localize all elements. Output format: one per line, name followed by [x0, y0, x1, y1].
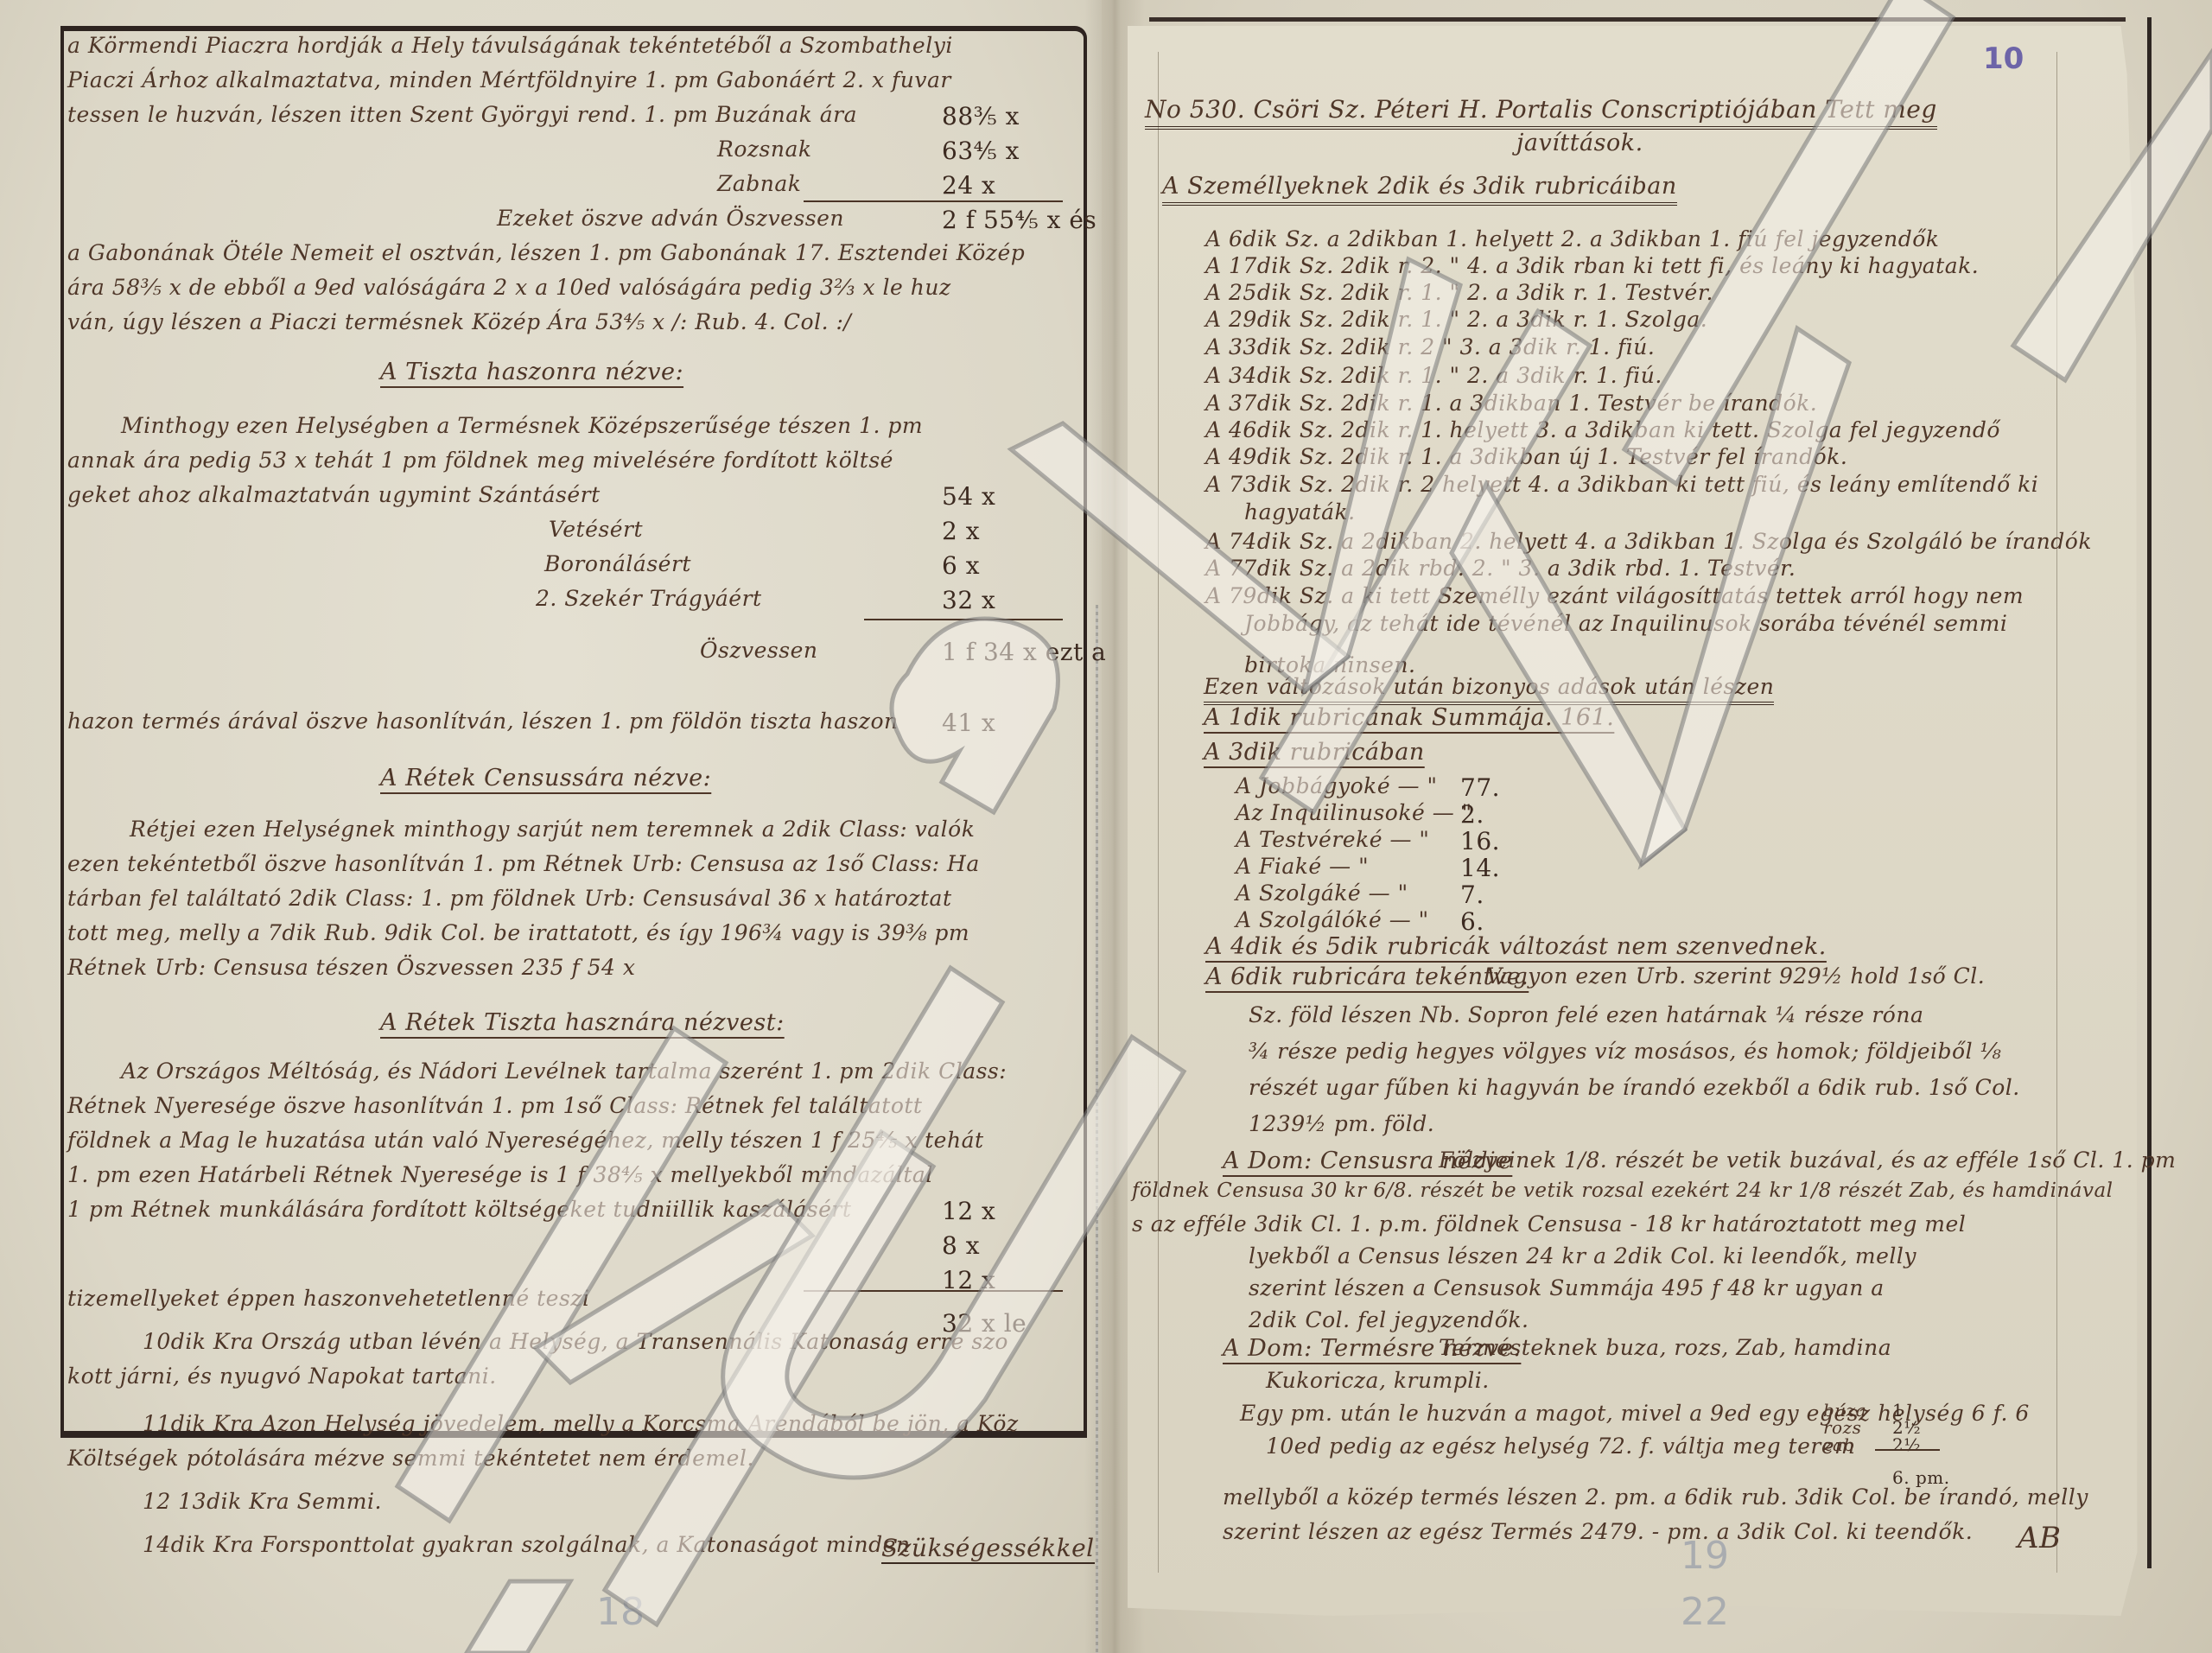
manuscript-line: geket ahoz alkalmaztatván ugymint Szántá…: [67, 482, 601, 507]
margin-rule-left: [1158, 52, 1159, 1573]
manuscript-line: Vetésért: [549, 517, 643, 542]
rubric-3-value: 77.: [1460, 773, 1500, 802]
manuscript-line: 11dik Kra Azon Helység jövedelem, melly …: [143, 1411, 1019, 1436]
rubric-6-line: Sz. föld lészen Nb. Sopron felé ezen hat…: [1249, 1002, 1923, 1027]
signature-word: Szükségessékkel: [881, 1534, 1095, 1564]
amount-value: 32 x: [942, 586, 995, 614]
final-line: szerint lészen az egész Termés 2479. - p…: [1223, 1519, 1973, 1544]
manuscript-line: Piaczi Árhoz alkalmaztatva, minden Mértf…: [67, 67, 951, 92]
correction-entry: A 6dik Sz. a 2dikban 1. helyett 2. a 3di…: [1205, 226, 1939, 251]
manuscript-line: tizemellyeket éppen haszonvehetetlenné t…: [67, 1286, 589, 1311]
manuscript-line: Rozsnak: [717, 137, 812, 162]
manuscript-line: annak ára pedig 53 x tehát 1 pm földnek …: [67, 448, 893, 473]
manuscript-line: tott meg, melly a 7dik Rub. 9dik Col. be…: [67, 920, 969, 945]
right-page-frame-top: [1149, 17, 2126, 22]
pencil-folio-left: 18: [596, 1590, 645, 1634]
rubric-6-line: ¾ része pedig hegyes völgyes víz mosásos…: [1249, 1039, 2001, 1064]
rubric-1-sum: A 1dik rubricának Summája. 161.: [1204, 704, 1614, 731]
amount-value: 2 f 55⅘ x és: [942, 206, 1096, 234]
crops-line: Kukoricza, krumpli.: [1266, 1368, 1490, 1393]
correction-entry: A 25dik Sz. 2dik r. 1. " 2. a 3dik r. 1.…: [1205, 280, 1713, 305]
section-heading-persons: A Személlyeknek 2dik és 3dik rubricáiban: [1162, 173, 1677, 206]
rubric-6-line: 1239½ pm. föld.: [1249, 1111, 1434, 1136]
right-page-frame-side: [2147, 17, 2152, 1568]
manuscript-line: tessen le huzván, lészen itten Szent Gyö…: [67, 102, 857, 127]
correction-entry: A 46dik Sz. 2dik r. 1. helyett 3. a 3dik…: [1205, 417, 2000, 442]
rubric-3-label: A Testvéreké — ": [1236, 827, 1429, 852]
correction-entry: A 37dik Sz. 2dik r. 1. a 3dikban 1. Test…: [1205, 391, 1817, 416]
pencil-folio-right-a: 19: [1681, 1534, 1729, 1578]
rubric-6-line: részét ugar fűben ki hagyván be írandó e…: [1249, 1075, 2020, 1100]
manuscript-line: Költségek pótolására mézve semmi tekénte…: [67, 1446, 754, 1471]
crops-line: 10ed pedig az egész helység 72. f. váltj…: [1266, 1434, 1855, 1459]
amount-value: 41 x: [942, 709, 995, 737]
binding-thread: [1096, 605, 1098, 1653]
amount-value: 12 x: [942, 1197, 995, 1225]
sum-rule-2: [864, 619, 1063, 620]
manuscript-line: Öszvessen: [700, 638, 817, 663]
manuscript-line: ván, úgy lészen a Piaczi termésnek Közép…: [67, 309, 851, 334]
census-line: Földjeinek 1/8. részét be vetik buzával,…: [1439, 1148, 2176, 1173]
correction-entry: A 34dik Sz. 2dik r. 1. " 2. a 3dik r. 1.…: [1205, 363, 1662, 388]
archive-stamp-number: 10: [1983, 41, 2024, 76]
yield-crop: zab: [1823, 1434, 1855, 1455]
census-line: s az efféle 3dik Cl. 1. p.m. földnek Cen…: [1132, 1211, 1966, 1237]
manuscript-line: 12 13dik Kra Semmi.: [143, 1489, 382, 1514]
correction-title-cont: javíttások.: [1516, 130, 1643, 156]
manuscript-line: ezen tekéntetből öszve hasonlítván 1. pm…: [67, 851, 980, 876]
census-line: 2dik Col. fel jegyzendők.: [1249, 1307, 1529, 1332]
manuscript-line: a Körmendi Piaczra hordják a Hely távuls…: [67, 33, 953, 58]
rubric-3-label: A Szolgálóké — ": [1236, 907, 1429, 932]
manuscript-line: kott járni, és nyugvó Napokat tartani.: [67, 1364, 497, 1389]
manuscript-line: Minthogy ezen Helységben a Termésnek Köz…: [121, 413, 923, 438]
yield-sum-rule: [1875, 1449, 1940, 1451]
correction-entry: Jobbágy, az tehát ide tévénél az Inquili…: [1244, 611, 2007, 636]
rubric-3-value: 16.: [1460, 827, 1500, 855]
census-line: lyekből a Census lészen 24 kr a 2dik Col…: [1249, 1243, 1916, 1268]
manuscript-line: A Tiszta haszonra nézve:: [380, 359, 683, 385]
manuscript-line: 1 pm Rétnek munkálására fordított költsé…: [67, 1197, 851, 1222]
amount-value: 63⅘ x: [942, 137, 1020, 165]
manuscript-line: 10dik Kra Ország utban lévén a Helység, …: [143, 1329, 1008, 1354]
manuscript-line: ára 58⅗ x de ebből a 9ed valóságára 2 x …: [67, 275, 951, 300]
manuscript-line: Rétnek Urb: Censusa tészen Öszvessen 235…: [67, 955, 636, 980]
manuscript-line: Rétjei ezen Helységnek minthogy sarjút n…: [130, 817, 975, 842]
manuscript-line: tárban fel találtató 2dik Class: 1. pm f…: [67, 886, 952, 911]
amount-value: 54 x: [942, 482, 995, 511]
rubric-6-line: Vagyon ezen Urb. szerint 929½ hold 1ső C…: [1486, 963, 1985, 989]
manuscript-line: Boronálásért: [544, 551, 691, 576]
sum-rule-3: [804, 1290, 1063, 1292]
section-heading-changes: Ezen változások után bizonyos adások utá…: [1204, 674, 1774, 705]
amount-value: 2 x: [942, 517, 980, 545]
correction-entry: A 73dik Sz. 2dik r. 2 helyett 4. a 3dikb…: [1205, 472, 2038, 497]
manuscript-line: Az Országos Méltóság, és Nádori Levélnek…: [121, 1059, 1007, 1084]
correction-entry: A 33dik Sz. 2dik r. 2 " 3. a 3dik r. 1. …: [1205, 334, 1655, 359]
rubric-6-heading: A 6dik rubricára tekéntve.: [1205, 963, 1529, 990]
crops-line: Termésteknek buza, rozs, Zab, hamdina: [1439, 1335, 1891, 1360]
rubric-3-value: 2.: [1460, 800, 1484, 829]
correction-entry: A 29dik Sz. 2dik r. 1. " 2. a 3dik r. 1.…: [1205, 307, 1707, 332]
correction-entry: A 77dik Sz. a 2dik rbd. 2. " 3. a 3dik r…: [1205, 556, 1796, 581]
correction-entry: A 74dik Sz. a 2dikban 2. helyett 4. a 3d…: [1205, 529, 2092, 554]
manuscript-line: földnek a Mag le huzatása után való Nyer…: [67, 1128, 984, 1153]
rubric-3-label: A Szolgáké — ": [1236, 881, 1408, 906]
rubric-3-label: A Fiaké — ": [1236, 854, 1369, 879]
rubric-3-value: 6.: [1460, 907, 1484, 936]
correction-entry: A 17dik Sz. 2dik r. 2. " 4. a 3dik rban …: [1205, 253, 1979, 278]
amount-value: 88⅗ x: [942, 102, 1020, 130]
manuscript-line: A Rétek Censussára nézve:: [380, 765, 711, 792]
scribe-initials: AB: [2018, 1521, 2062, 1555]
manuscript-line: 14dik Kra Forsponttolat gyakran szolgáln…: [143, 1532, 911, 1557]
pencil-folio-right-b: 22: [1681, 1590, 1729, 1634]
amount-value: 8 x: [942, 1231, 980, 1260]
final-line: mellyből a közép termés lészen 2. pm. a …: [1223, 1485, 2088, 1510]
rubric-3-heading: A 3dik rubricában: [1204, 739, 1425, 766]
margin-rule-right: [2056, 52, 2057, 1573]
manuscript-line: a Gabonának Ötéle Nemeit el osztván, lés…: [67, 240, 1025, 265]
manuscript-line: 2. Szekér Trágyáért: [536, 586, 762, 611]
manuscript-line: 1. pm ezen Határbeli Rétnek Nyeresége is…: [67, 1162, 933, 1187]
manuscript-line: Ezeket öszve adván Öszvessen: [497, 206, 844, 231]
sum-rule-1: [804, 200, 1063, 202]
amount-value: 24 x: [942, 171, 995, 200]
manuscript-line: Rétnek Nyeresége öszve hasonlítván 1. pm…: [67, 1093, 922, 1118]
manuscript-line: Zabnak: [717, 171, 801, 196]
rubric-3-label: A Jobbágyoké — ": [1236, 773, 1438, 798]
manuscript-line: A Rétek Tiszta hasznára nézvest:: [380, 1009, 785, 1036]
amount-value: 1 f 34 x ezt a: [942, 638, 1106, 666]
correction-entry: A 79dik Sz. a ki tett Személly ezánt vil…: [1205, 583, 2024, 608]
rubric-3-value: 7.: [1460, 881, 1484, 909]
manuscript-line: hazon termés árával öszve hasonlítván, l…: [67, 709, 899, 734]
census-line: szerint lészen a Censusok Summája 495 f …: [1249, 1275, 1885, 1300]
rubric-3-label: Az Inquilinusoké — ": [1236, 800, 1472, 825]
manuscript-spread: a Körmendi Piaczra hordják a Hely távuls…: [0, 0, 2212, 1653]
correction-entry: A 49dik Sz. 2dik r. 1. a 3dikban új 1. T…: [1205, 444, 1847, 469]
yield-value: 2½: [1892, 1434, 1921, 1455]
amount-value: 6 x: [942, 551, 980, 580]
rubric-3-value: 14.: [1460, 854, 1500, 882]
rubric-4-5-note: A 4dik és 5dik rubricák változást nem sz…: [1205, 933, 1827, 960]
correction-title: No 530. Csöri Sz. Péteri H. Portalis Con…: [1145, 95, 1937, 130]
census-line: földnek Censusa 30 kr 6/8. részét be vet…: [1132, 1179, 2113, 1202]
correction-entry: hagyaták.: [1244, 499, 1356, 525]
